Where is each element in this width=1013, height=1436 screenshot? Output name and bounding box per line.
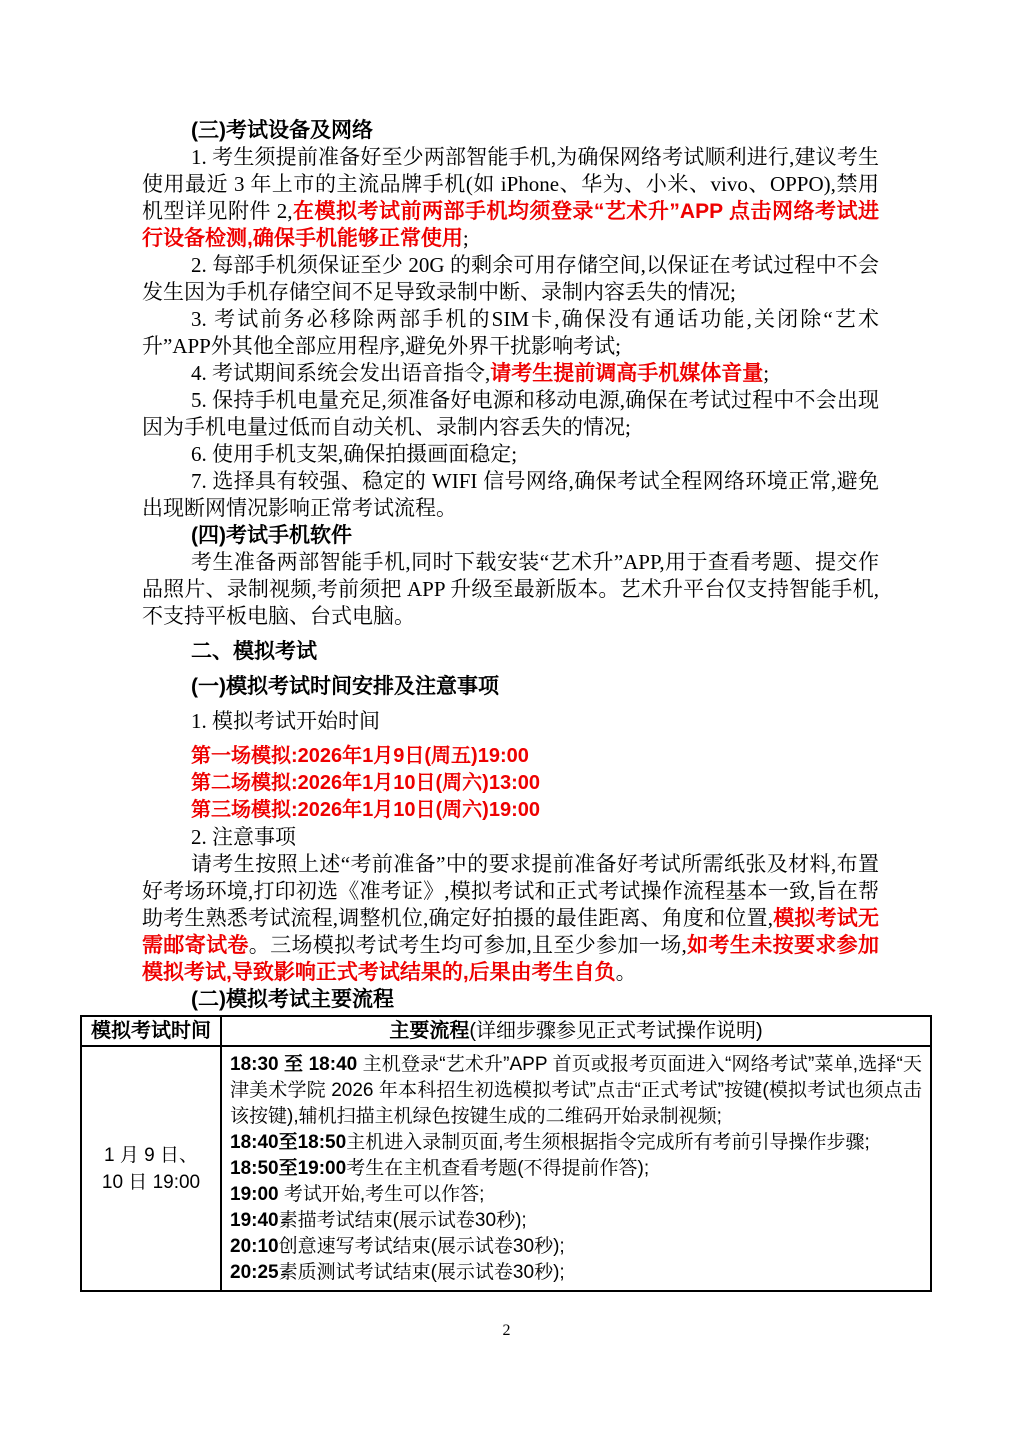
text-run: 请考生按照上述“考前准备”中的要求提前准备好考试所需纸张及材料,布置好考场环境,… xyxy=(142,852,879,930)
exam-date-cell: 1 月 9 日、10 日 19:00 xyxy=(81,1046,221,1291)
mock-exam-schedule-table: 模拟考试时间 主要流程(详细步骤参见正式考试操作说明) 1 月 9 日、10 日… xyxy=(80,1015,932,1292)
text-run: 3. 考试前务必移除两部手机的SIM卡,确保没有通话功能,关闭除“艺术升”APP… xyxy=(142,307,879,358)
paragraph: 6. 使用手机支架,确保拍摄画面稳定; xyxy=(142,441,879,468)
exam-step-line: 18:30 至 18:40 主机登录“艺术升”APP 首页或报考页面进入“网络考… xyxy=(230,1052,922,1130)
text-run: ; xyxy=(763,361,769,385)
paragraph: 2. 每部手机须保证至少 20G 的剩余可用存储空间,以保证在考试过程中不会发生… xyxy=(142,252,879,306)
table-steps-cell: 18:30 至 18:40 主机登录“艺术升”APP 首页或报考页面进入“网络考… xyxy=(221,1046,931,1291)
paragraph: 7. 选择具有较强、稳定的 WIFI 信号网络,确保考试全程网络环境正常,避免出… xyxy=(142,468,879,522)
text-run: 。 xyxy=(616,960,637,984)
exam-step-line: 18:40至18:50主机进入录制页面,考生须根据指令完成所有考前引导操作步骤; xyxy=(230,1130,922,1156)
section-heading: 二、模拟考试 xyxy=(142,638,879,665)
paragraph: 4. 考试期间系统会发出语音指令,请考生提前调高手机媒体音量; xyxy=(142,360,879,387)
step-time: 18:40至18:50 xyxy=(230,1132,346,1153)
exam-step-line: 18:50至19:00考生在主机查看考题(不得提前作答); xyxy=(230,1156,922,1182)
text-run: 考生准备两部智能手机,同时下载安装“艺术升”APP,用于查看考题、提交作品照片、… xyxy=(142,550,879,628)
table-header-time: 模拟考试时间 xyxy=(81,1016,221,1046)
exam-step-line: 19:00 考试开始,考生可以作答; xyxy=(230,1182,922,1208)
text-run: 第三场模拟:2026年1月10日(周六)19:00 xyxy=(191,799,540,821)
text-run: 二、模拟考试 xyxy=(191,640,317,663)
text-run: 第二场模拟:2026年1月10日(周六)13:00 xyxy=(191,772,540,794)
paragraph: 1. 模拟考试开始时间 xyxy=(142,708,879,735)
document-body: (三)考试设备及网络1. 考生须提前准备好至少两部智能手机,为确保网络考试顺利进… xyxy=(142,117,879,1013)
table-header-row: 模拟考试时间 主要流程(详细步骤参见正式考试操作说明) xyxy=(81,1016,931,1046)
text-run: 4. 考试期间系统会发出语音指令, xyxy=(191,361,490,385)
text-run: 1. 模拟考试开始时间 xyxy=(191,709,380,733)
text-run: 7. 选择具有较强、稳定的 WIFI 信号网络,确保考试全程网络环境正常,避免出… xyxy=(142,469,879,520)
exam-step-line: 19:40素描考试结束(展示试卷30秒); xyxy=(230,1208,922,1234)
step-text: 素描考试结束(展示试卷30秒); xyxy=(279,1210,527,1231)
document-page: (三)考试设备及网络1. 考生须提前准备好至少两部智能手机,为确保网络考试顺利进… xyxy=(0,0,1013,1436)
mock-exam-time-line: 第一场模拟:2026年1月9日(周五)19:00 xyxy=(142,743,879,770)
text-run: 。三场模拟考试考生均可参加,且至少参加一场, xyxy=(249,933,687,957)
paragraph: 3. 考试前务必移除两部手机的SIM卡,确保没有通话功能,关闭除“艺术升”APP… xyxy=(142,306,879,360)
table-row: 1 月 9 日、10 日 19:00 18:30 至 18:40 主机登录“艺术… xyxy=(81,1046,931,1291)
exam-step-line: 20:25素质测试考试结束(展示试卷30秒); xyxy=(230,1260,922,1286)
text-run: (三)考试设备及网络 xyxy=(191,119,373,142)
paragraph: 请考生按照上述“考前准备”中的要求提前准备好考试所需纸张及材料,布置好考场环境,… xyxy=(142,851,879,986)
emphasis-text: 请考生提前调高手机媒体音量 xyxy=(490,362,763,385)
step-text: 素质测试考试结束(展示试卷30秒); xyxy=(279,1262,565,1283)
section-heading: (二)模拟考试主要流程 xyxy=(142,986,879,1013)
text-run: ; xyxy=(463,226,469,250)
paragraph: 考生准备两部智能手机,同时下载安装“艺术升”APP,用于查看考题、提交作品照片、… xyxy=(142,549,879,630)
text-run: 2. 注意事项 xyxy=(191,825,296,849)
mock-exam-time-line: 第三场模拟:2026年1月10日(周六)19:00 xyxy=(142,797,879,824)
paragraph: 2. 注意事项 xyxy=(142,824,879,851)
step-time: 19:40 xyxy=(230,1210,279,1231)
step-time: 18:30 至 18:40 xyxy=(230,1054,363,1075)
text-run: (四)考试手机软件 xyxy=(191,524,352,547)
step-time: 18:50至19:00 xyxy=(230,1158,346,1179)
table-header-flow-note: (详细步骤参见正式考试操作说明) xyxy=(469,1020,762,1042)
text-run: 第一场模拟:2026年1月9日(周五)19:00 xyxy=(191,745,529,767)
text-run: 6. 使用手机支架,确保拍摄画面稳定; xyxy=(191,442,517,466)
section-heading: (三)考试设备及网络 xyxy=(142,117,879,144)
text-run: 5. 保持手机电量充足,须准备好电源和移动电源,确保在考试过程中不会出现因为手机… xyxy=(142,388,879,439)
paragraph: 1. 考生须提前准备好至少两部智能手机,为确保网络考试顺利进行,建议考生使用最近… xyxy=(142,144,879,252)
exam-step-line: 20:10创意速写考试结束(展示试卷30秒); xyxy=(230,1234,922,1260)
text-run: (二)模拟考试主要流程 xyxy=(191,988,394,1011)
step-text: 考试开始,考生可以作答; xyxy=(284,1184,485,1205)
step-text: 创意速写考试结束(展示试卷30秒); xyxy=(279,1236,565,1257)
page-number: 2 xyxy=(0,1322,1013,1340)
table-header-flow: 主要流程(详细步骤参见正式考试操作说明) xyxy=(221,1016,931,1046)
step-time: 20:25 xyxy=(230,1262,279,1283)
section-heading: (一)模拟考试时间安排及注意事项 xyxy=(142,673,879,700)
mock-exam-time-line: 第二场模拟:2026年1月10日(周六)13:00 xyxy=(142,770,879,797)
section-heading: (四)考试手机软件 xyxy=(142,522,879,549)
step-text: 主机进入录制页面,考生须根据指令完成所有考前引导操作步骤; xyxy=(346,1132,870,1153)
step-time: 20:10 xyxy=(230,1236,279,1257)
step-time: 19:00 xyxy=(230,1184,284,1205)
step-text: 考生在主机查看考题(不得提前作答); xyxy=(346,1158,649,1179)
text-run: (一)模拟考试时间安排及注意事项 xyxy=(191,675,499,698)
paragraph: 5. 保持手机电量充足,须准备好电源和移动电源,确保在考试过程中不会出现因为手机… xyxy=(142,387,879,441)
text-run: 2. 每部手机须保证至少 20G 的剩余可用存储空间,以保证在考试过程中不会发生… xyxy=(142,253,879,304)
table-header-flow-title: 主要流程 xyxy=(389,1020,469,1042)
